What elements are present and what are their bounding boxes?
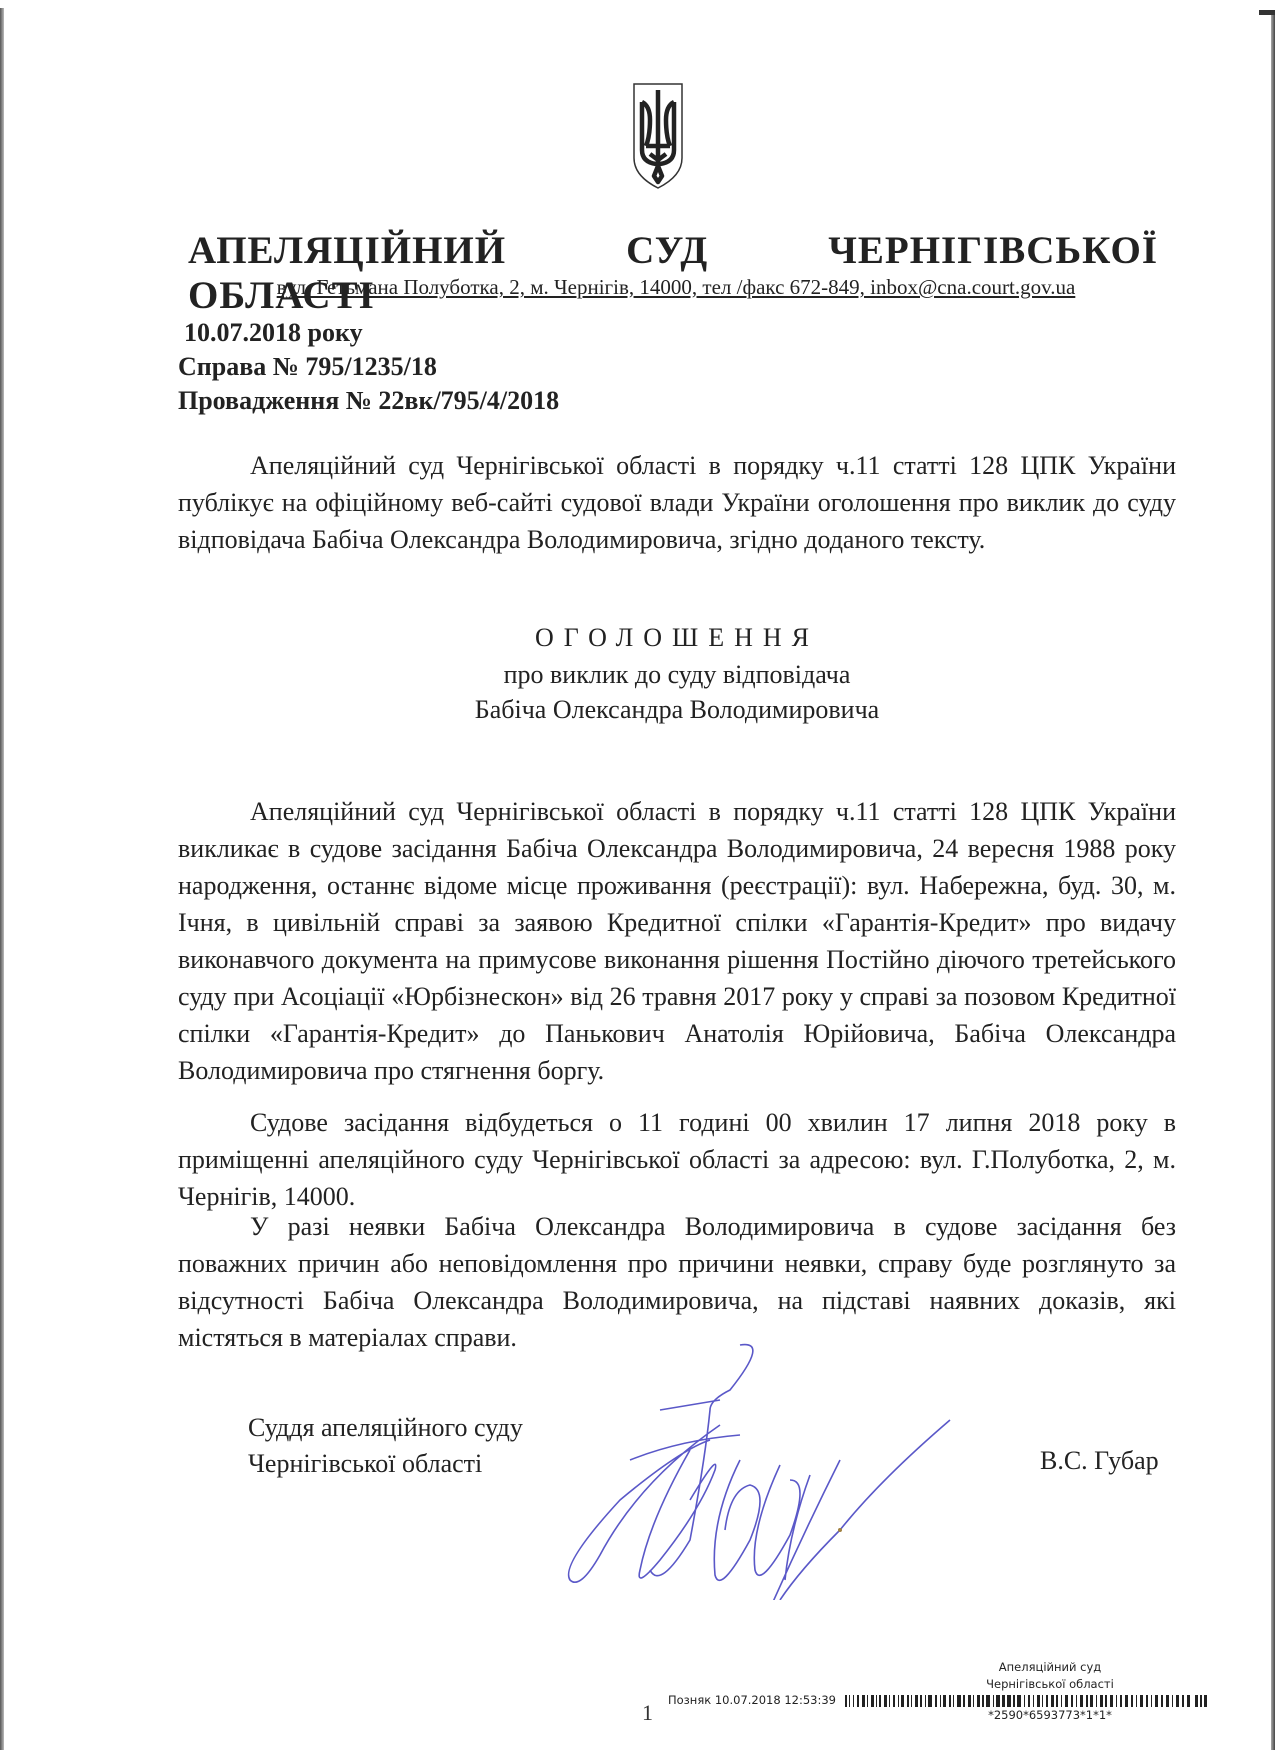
scan-edge-right — [1271, 10, 1275, 1750]
proceeding-number: Провадження № 22вк/795/4/2018 — [178, 386, 559, 416]
case-number: Справа № 795/1235/18 — [178, 352, 437, 382]
intro-text: Апеляційний суд Чернігівської області в … — [178, 451, 1176, 554]
paragraph-text: Апеляційний суд Чернігівської області в … — [178, 797, 1176, 1085]
trident-coat-of-arms-icon — [632, 80, 684, 190]
announcement-paragraph: Апеляційний суд Чернігівської області в … — [178, 793, 1176, 1089]
stamp-org-line-1: Апеляційний суд — [920, 1660, 1180, 1674]
page-number: 1 — [642, 1700, 653, 1726]
court-address-line: вул. Гетьмана Полуботка, 2, м. Чернігів,… — [198, 275, 1154, 300]
barcode — [845, 1695, 1209, 1707]
announcement-paragraph: У разі неявки Бабіча Олександра Володими… — [178, 1208, 1176, 1356]
paragraph-text: У разі неявки Бабіча Олександра Володими… — [178, 1212, 1176, 1352]
judge-name: В.С. Губар — [1040, 1446, 1159, 1476]
scan-edge-left — [0, 8, 4, 1750]
stamp-org-line-2: Чернігівської області — [920, 1677, 1180, 1691]
announcement-defendant: Бабіча Олександра Володимировича — [178, 695, 1176, 725]
court-name-heading: АПЕЛЯЦІЙНИЙ СУД ЧЕРНІГІВСЬКОЇ ОБЛАСТІ — [188, 228, 1158, 318]
barcode-number: *2590*6593773*1*1* — [920, 1708, 1180, 1722]
document-date: 10.07.2018 року — [184, 318, 363, 348]
announcement-subtitle: про виклик до суду відповідача — [178, 660, 1176, 690]
clerk-timestamp: Позняк 10.07.2018 12:53:39 — [668, 1693, 836, 1707]
paragraph-text: Судове засідання відбудеться о 11 годині… — [178, 1108, 1176, 1211]
intro-paragraph: Апеляційний суд Чернігівської області в … — [178, 447, 1176, 558]
announcement-title: ОГОЛОШЕННЯ — [178, 623, 1176, 653]
signature-position-line-1: Суддя апеляційного суду — [248, 1410, 523, 1446]
handwritten-signature — [540, 1340, 1000, 1600]
signature-position-line-2: Чернігівської області — [248, 1446, 482, 1482]
announcement-paragraph: Судове засідання відбудеться о 11 годині… — [178, 1104, 1176, 1215]
scan-mark — [1259, 10, 1275, 15]
